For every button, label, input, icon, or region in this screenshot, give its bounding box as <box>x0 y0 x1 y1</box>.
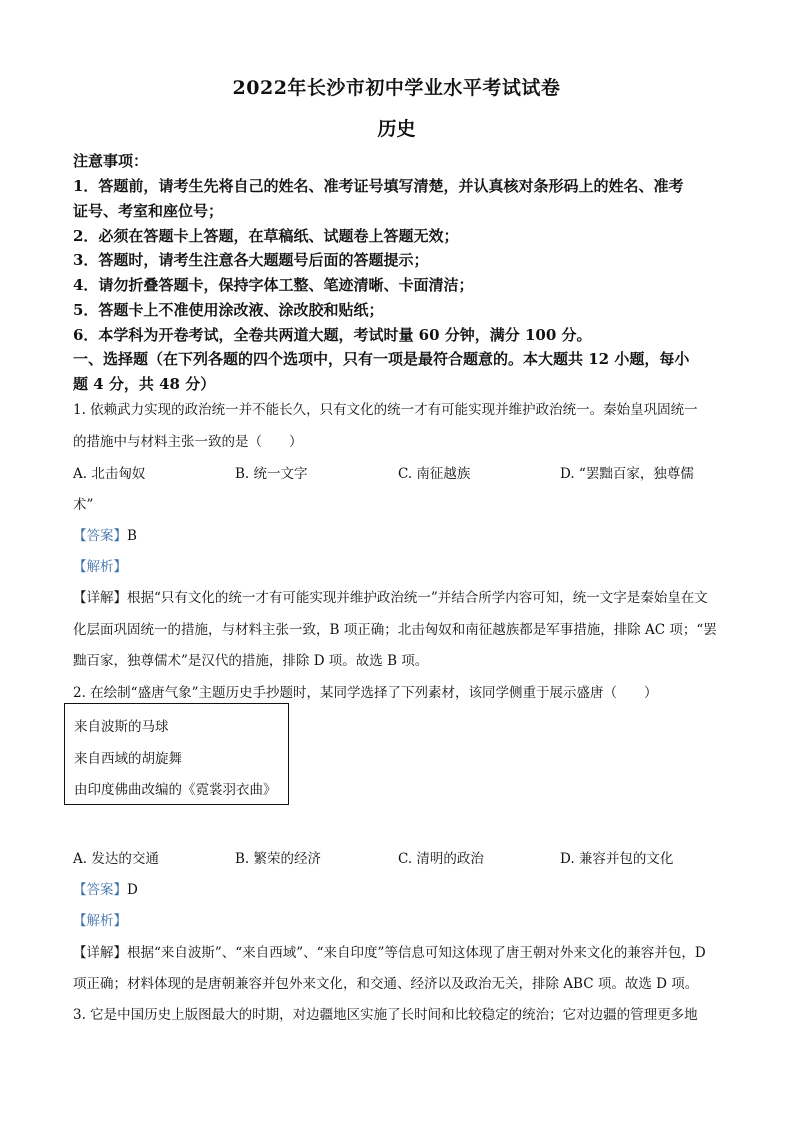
notice-heading: 注意事项： <box>73 150 148 171</box>
analysis-tag: 【解析】 <box>73 555 127 575</box>
exam-subject: 历史 <box>0 114 793 141</box>
option-b: B. 统一文字 <box>235 462 308 482</box>
notice-item: 4．请勿折叠答题卡，保持字体工整、笔迹清晰、卡面清洁； <box>73 274 473 295</box>
material-box: 来自波斯的马球 来自西域的胡旋舞 由印度佛曲改编的《霓裳羽衣曲》 <box>64 703 289 805</box>
exam-title: 2022年长沙市初中学业水平考试试卷 <box>0 73 793 100</box>
option-d: D. 兼容并包的文化 <box>560 847 673 867</box>
section-heading: 一、选择题（在下列各题的四个选项中，只有一项是最符合题意的。本大题共 12 小题… <box>73 348 689 369</box>
question-stem: 2. 在绘制“盛唐气象”主题历史手抄题时，某同学选择了下列素材，该同学侧重于展示… <box>73 681 657 701</box>
analysis-tag: 【解析】 <box>73 909 127 929</box>
option-c: C. 南征越族 <box>398 462 470 482</box>
detail-line: 黜百家，独尊儒术”是汉代的措施，排除 D 项。故选 B 项。 <box>73 649 428 669</box>
answer-value: D <box>127 882 138 898</box>
option-d: D. “罢黜百家，独尊儒 <box>560 462 694 482</box>
detail-line: 项正确；材料体现的是唐朝兼容并包外来文化，和交通、经济以及政治无关，排除 ABC… <box>73 972 698 992</box>
answer-line: 【答案】B <box>73 524 137 544</box>
question-stem: 的措施中与材料主张一致的是（ ） <box>73 430 303 450</box>
material-item: 来自西域的胡旋舞 <box>74 747 182 767</box>
answer-value: B <box>127 528 137 544</box>
detail-line: 【详解】根据“只有文化的统一才有可能实现并维护政治统一”并结合所学内容可知，统一… <box>73 586 708 606</box>
option-d-wrap: 术” <box>73 493 93 513</box>
section-heading: 题 4 分，共 48 分） <box>73 373 215 394</box>
option-a: A. 发达的交通 <box>73 847 159 867</box>
detail-tag: 【详解】 <box>73 945 127 961</box>
notice-item: 2．必须在答题卡上答题，在草稿纸、试题卷上答题无效； <box>73 225 458 246</box>
notice-item: 6．本学科为开卷考试，全卷共两道大题，考试时量 60 分钟，满分 100 分。 <box>73 324 592 345</box>
option-c: C. 清明的政治 <box>398 847 484 867</box>
detail-tag: 【详解】 <box>73 590 127 606</box>
notice-item: 证号、考室和座位号； <box>73 200 223 221</box>
answer-tag: 【答案】 <box>73 882 127 898</box>
answer-line: 【答案】D <box>73 878 138 898</box>
detail-line: 【详解】根据“来自波斯”、“来自西域”、“来自印度”等信息可知这体现了唐王朝对外… <box>73 941 706 961</box>
option-a: A. 北击匈奴 <box>73 462 145 482</box>
detail-line: 化层面巩固统一的措施，与材料主张一致，B 项正确；北击匈奴和南征越族都是军事措施… <box>73 618 717 638</box>
notice-item: 5．答题卡上不准使用涂改液、涂改胶和贴纸； <box>73 299 383 320</box>
option-b: B. 繁荣的经济 <box>235 847 321 867</box>
question-stem: 3. 它是中国历史上版图最大的时期，对边疆地区实施了长时间和比较稳定的统治；它对… <box>73 1003 698 1023</box>
question-stem: 1. 依赖武力实现的政治统一并不能长久，只有文化的统一才有可能实现并维护政治统一… <box>73 398 698 418</box>
notice-item: 1．答题前，请考生先将自己的姓名、准考证号填写清楚，并认真核对条形码上的姓名、准… <box>73 175 683 196</box>
material-item: 来自波斯的马球 <box>74 715 169 735</box>
material-item: 由印度佛曲改编的《霓裳羽衣曲》 <box>74 778 277 798</box>
exam-page: 2022年长沙市初中学业水平考试试卷 历史 注意事项： 1．答题前，请考生先将自… <box>0 0 793 1122</box>
answer-tag: 【答案】 <box>73 528 127 544</box>
notice-item: 3．答题时，请考生注意各大题题号后面的答题提示； <box>73 249 428 270</box>
